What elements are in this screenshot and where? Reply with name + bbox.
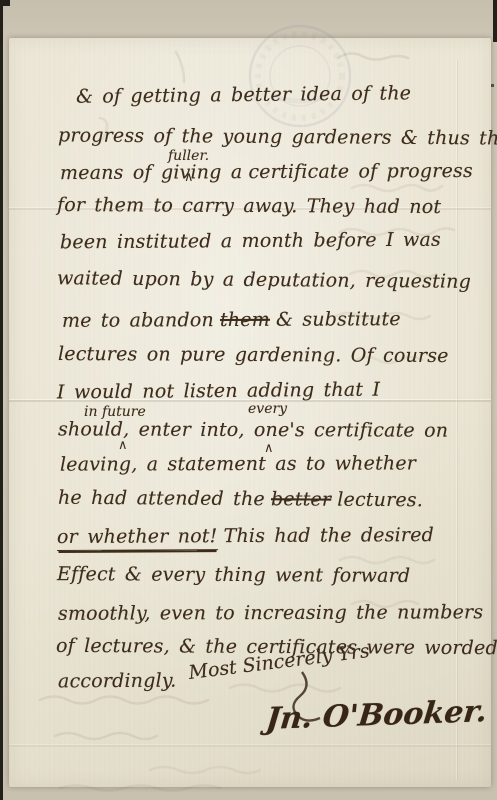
letter-line: for them to carry away. They had not bbox=[57, 196, 441, 217]
line-text: lectures on pure gardening. Of course bbox=[58, 343, 449, 367]
letter-line: Effect & every thing went forward bbox=[57, 565, 410, 586]
line-text: for them to carry away. They had not bbox=[57, 194, 441, 218]
letter-line: me to abandonthem& substitute bbox=[62, 310, 401, 331]
letter-line: accordingly. bbox=[58, 672, 177, 692]
line-text: leaving, a statement as to whether bbox=[60, 452, 416, 475]
line-text: waited upon by a deputation, requesting bbox=[57, 267, 471, 293]
inserted-word-every: every bbox=[248, 401, 287, 417]
letter-line: & of getting a better idea of the bbox=[76, 84, 411, 107]
line-text: This had the desired bbox=[224, 524, 435, 547]
scan-edge-top-left bbox=[0, 0, 10, 6]
line-text: should, enter into, one's certificate on bbox=[58, 418, 448, 441]
line-text: he had attended the bbox=[58, 487, 265, 510]
line-text: I would not listen adding that I bbox=[57, 379, 380, 404]
line-text: progress of the young gardeners & thus t… bbox=[58, 124, 497, 149]
line-text: means of giving a bbox=[60, 161, 242, 184]
underlined-phrase: or whether not! bbox=[57, 525, 218, 551]
scanned-letter-page: & of getting a better idea of the progre… bbox=[0, 0, 497, 800]
line-text: lectures. bbox=[337, 489, 423, 512]
scan-edge-top-right bbox=[493, 0, 497, 42]
line-text: & of getting a better idea of the bbox=[76, 82, 411, 108]
line-text: Effect & every thing went forward bbox=[57, 563, 410, 587]
letter-line: means of giving acertificate of progress bbox=[60, 162, 473, 183]
letter-line: he had attended thebetterlectures. bbox=[58, 489, 423, 511]
line-text: me to abandon bbox=[62, 309, 214, 332]
struck-word: better bbox=[271, 488, 331, 510]
line-text: certificate of progress bbox=[248, 160, 473, 183]
line-text: & substitute bbox=[276, 308, 401, 331]
line-text: accordingly. bbox=[58, 670, 177, 693]
letter-line: waited upon by a deputation, requesting bbox=[57, 269, 471, 292]
struck-word: them bbox=[220, 309, 270, 331]
letter-line: been instituted a month before I was bbox=[60, 231, 441, 253]
letter-line: progress of the young gardeners & thus t… bbox=[58, 126, 497, 148]
letter-line: I would not listen adding that I bbox=[57, 381, 380, 403]
letter-line: lectures on pure gardening. Of course bbox=[58, 345, 449, 366]
scan-edge-left bbox=[0, 0, 3, 800]
letter-line: smoothly, even to increasing the numbers bbox=[58, 603, 483, 623]
fold-crease-horizontal-3 bbox=[9, 744, 491, 747]
letter-line: leaving, a statement as to whether bbox=[60, 454, 416, 474]
letter-line: should, enter into, one's certificate on bbox=[58, 420, 448, 440]
letter-line: or whether not!This had the desired bbox=[57, 526, 434, 547]
line-text: been instituted a month before I was bbox=[60, 229, 441, 254]
line-text: smoothly, even to increasing the numbers bbox=[58, 601, 483, 624]
